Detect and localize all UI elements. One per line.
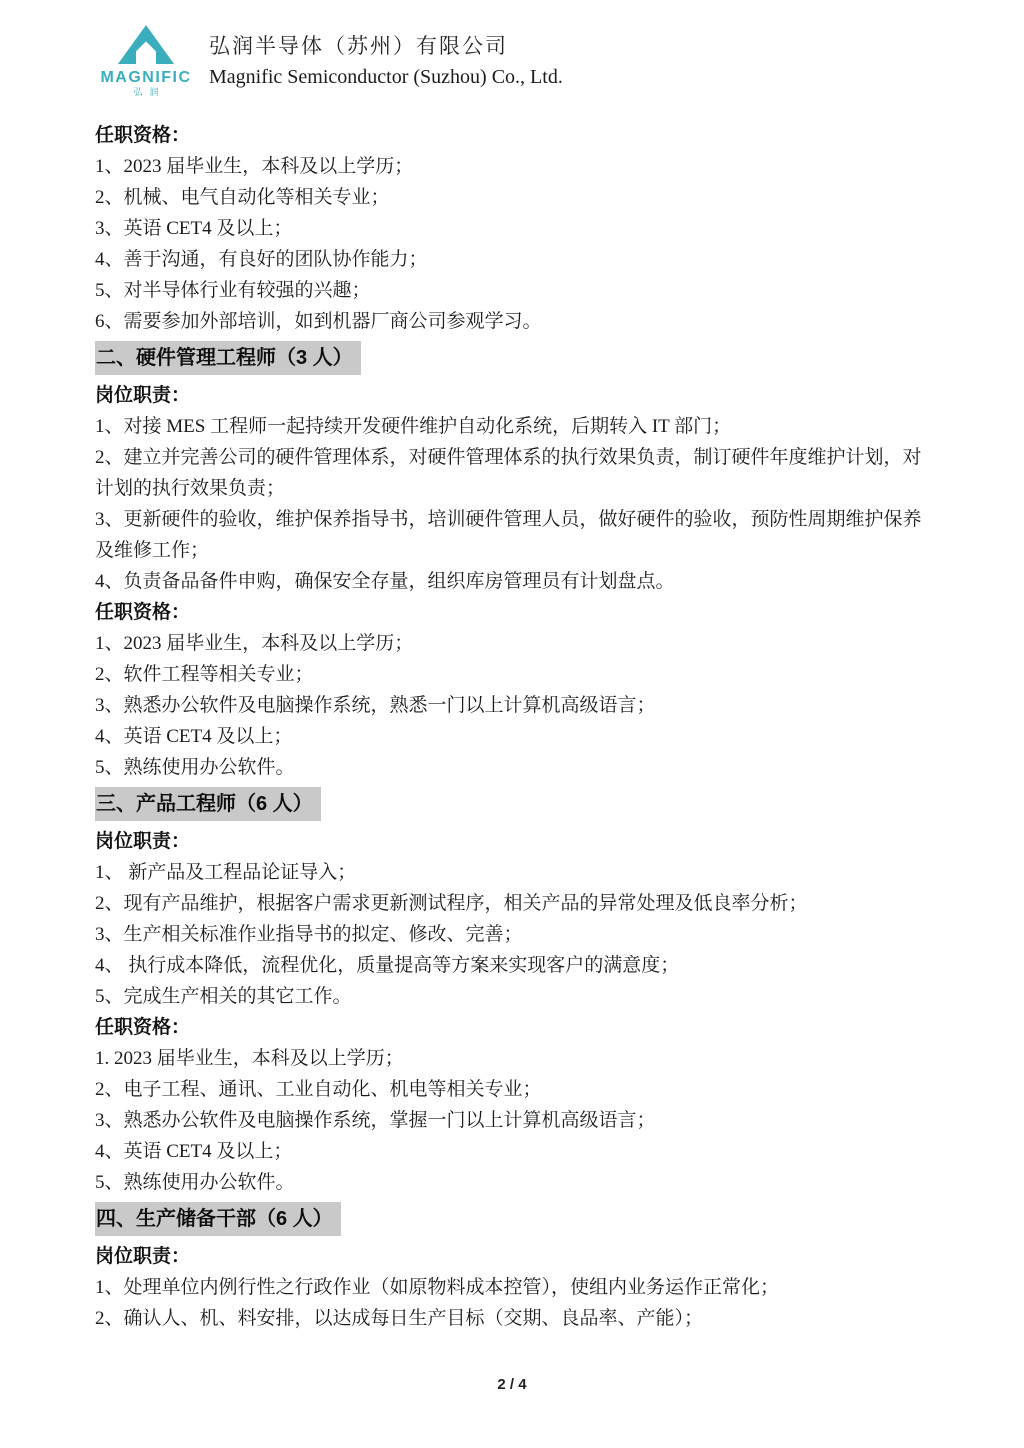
duty-item: 4、负责备品备件申购，确保安全存量，组织库房管理员有计划盘点。 — [95, 566, 935, 597]
document-page: MAGNIFIC 弘润 弘润半导体（苏州）有限公司 Magnific Semic… — [0, 0, 1024, 1448]
duty-item: 3、生产相关标准作业指导书的拟定、修改、完善； — [95, 919, 935, 950]
duty-item: 3、更新硬件的验收，维护保养指导书，培训硬件管理人员，做好硬件的验收，预防性周期… — [95, 504, 935, 566]
duties-label: 岗位职责： — [95, 1241, 935, 1272]
requirements-label: 任职资格： — [95, 597, 935, 628]
requirement-item: 3、熟悉办公软件及电脑操作系统，掌握一门以上计算机高级语言； — [95, 1105, 935, 1136]
page-number: 2 / 4 — [497, 1376, 526, 1393]
duty-item: 4、 执行成本降低，流程优化，质量提高等方案来实现客户的满意度； — [95, 950, 935, 981]
duty-item: 1、处理单位内例行性之行政作业（如原物料成本控管），使组内业务运作正常化； — [95, 1272, 935, 1303]
duty-item: 2、建立并完善公司的硬件管理体系，对硬件管理体系的执行效果负责，制订硬件年度维护… — [95, 442, 935, 504]
requirement-item: 5、熟练使用办公软件。 — [95, 752, 935, 783]
requirement-item: 3、英语 CET4 及以上； — [95, 213, 935, 244]
company-name-cn: 弘润半导体（苏州）有限公司 — [209, 31, 563, 62]
logo-brand-cn-text: 弘润 — [93, 86, 199, 98]
duty-item: 1、对接 MES 工程师一起持续开发硬件维护自动化系统，后期转入 IT 部门； — [95, 411, 935, 442]
document-body: 任职资格： 1、2023 届毕业生，本科及以上学历； 2、机械、电气自动化等相关… — [95, 120, 935, 1334]
duty-item: 2、确认人、机、料安排，以达成每日生产目标（交期、良品率、产能）； — [95, 1303, 935, 1334]
section-heading-line: 二、硬件管理工程师（3 人） — [95, 341, 935, 376]
requirement-item: 5、对半导体行业有较强的兴趣； — [95, 275, 935, 306]
requirements-label: 任职资格： — [95, 120, 935, 151]
requirement-item: 4、善于沟通，有良好的团队协作能力； — [95, 244, 935, 275]
duties-label: 岗位职责： — [95, 826, 935, 857]
section-heading-line: 三、产品工程师（6 人） — [95, 787, 935, 822]
section-heading-production-cadre: 四、生产储备干部（6 人） — [95, 1202, 341, 1236]
requirement-item: 5、熟练使用办公软件。 — [95, 1167, 935, 1198]
section-heading-hardware-engineer: 二、硬件管理工程师（3 人） — [95, 341, 361, 375]
requirement-item: 4、英语 CET4 及以上； — [95, 721, 935, 752]
requirement-item: 6、需要参加外部培训，如到机器厂商公司参观学习。 — [95, 306, 935, 337]
requirement-item: 1. 2023 届毕业生，本科及以上学历； — [95, 1043, 935, 1074]
requirement-item: 2、软件工程等相关专业； — [95, 659, 935, 690]
duties-label: 岗位职责： — [95, 380, 935, 411]
company-names: 弘润半导体（苏州）有限公司 Magnific Semiconductor (Su… — [209, 22, 563, 93]
requirement-item: 4、英语 CET4 及以上； — [95, 1136, 935, 1167]
company-name-en: Magnific Semiconductor (Suzhou) Co., Ltd… — [209, 62, 563, 93]
requirement-item: 2、机械、电气自动化等相关专业； — [95, 182, 935, 213]
section-heading-line: 四、生产储备干部（6 人） — [95, 1202, 935, 1237]
requirement-item: 1、2023 届毕业生，本科及以上学历； — [95, 628, 935, 659]
company-header: MAGNIFIC 弘润 弘润半导体（苏州）有限公司 Magnific Semic… — [93, 22, 563, 98]
requirement-item: 2、电子工程、通讯、工业自动化、机电等相关专业； — [95, 1074, 935, 1105]
company-logo: MAGNIFIC 弘润 — [93, 22, 199, 98]
duty-item: 5、完成生产相关的其它工作。 — [95, 981, 935, 1012]
requirements-label: 任职资格： — [95, 1012, 935, 1043]
logo-brand-text: MAGNIFIC — [93, 69, 199, 86]
requirement-item: 1、2023 届毕业生，本科及以上学历； — [95, 151, 935, 182]
page-footer: 2 / 4 — [0, 1376, 1024, 1393]
duty-item: 2、现有产品维护，根据客户需求更新测试程序，相关产品的异常处理及低良率分析； — [95, 888, 935, 919]
section-heading-product-engineer: 三、产品工程师（6 人） — [95, 787, 321, 821]
magnific-arrow-icon — [117, 22, 175, 68]
duty-item: 1、 新产品及工程品论证导入； — [95, 857, 935, 888]
requirement-item: 3、熟悉办公软件及电脑操作系统，熟悉一门以上计算机高级语言； — [95, 690, 935, 721]
